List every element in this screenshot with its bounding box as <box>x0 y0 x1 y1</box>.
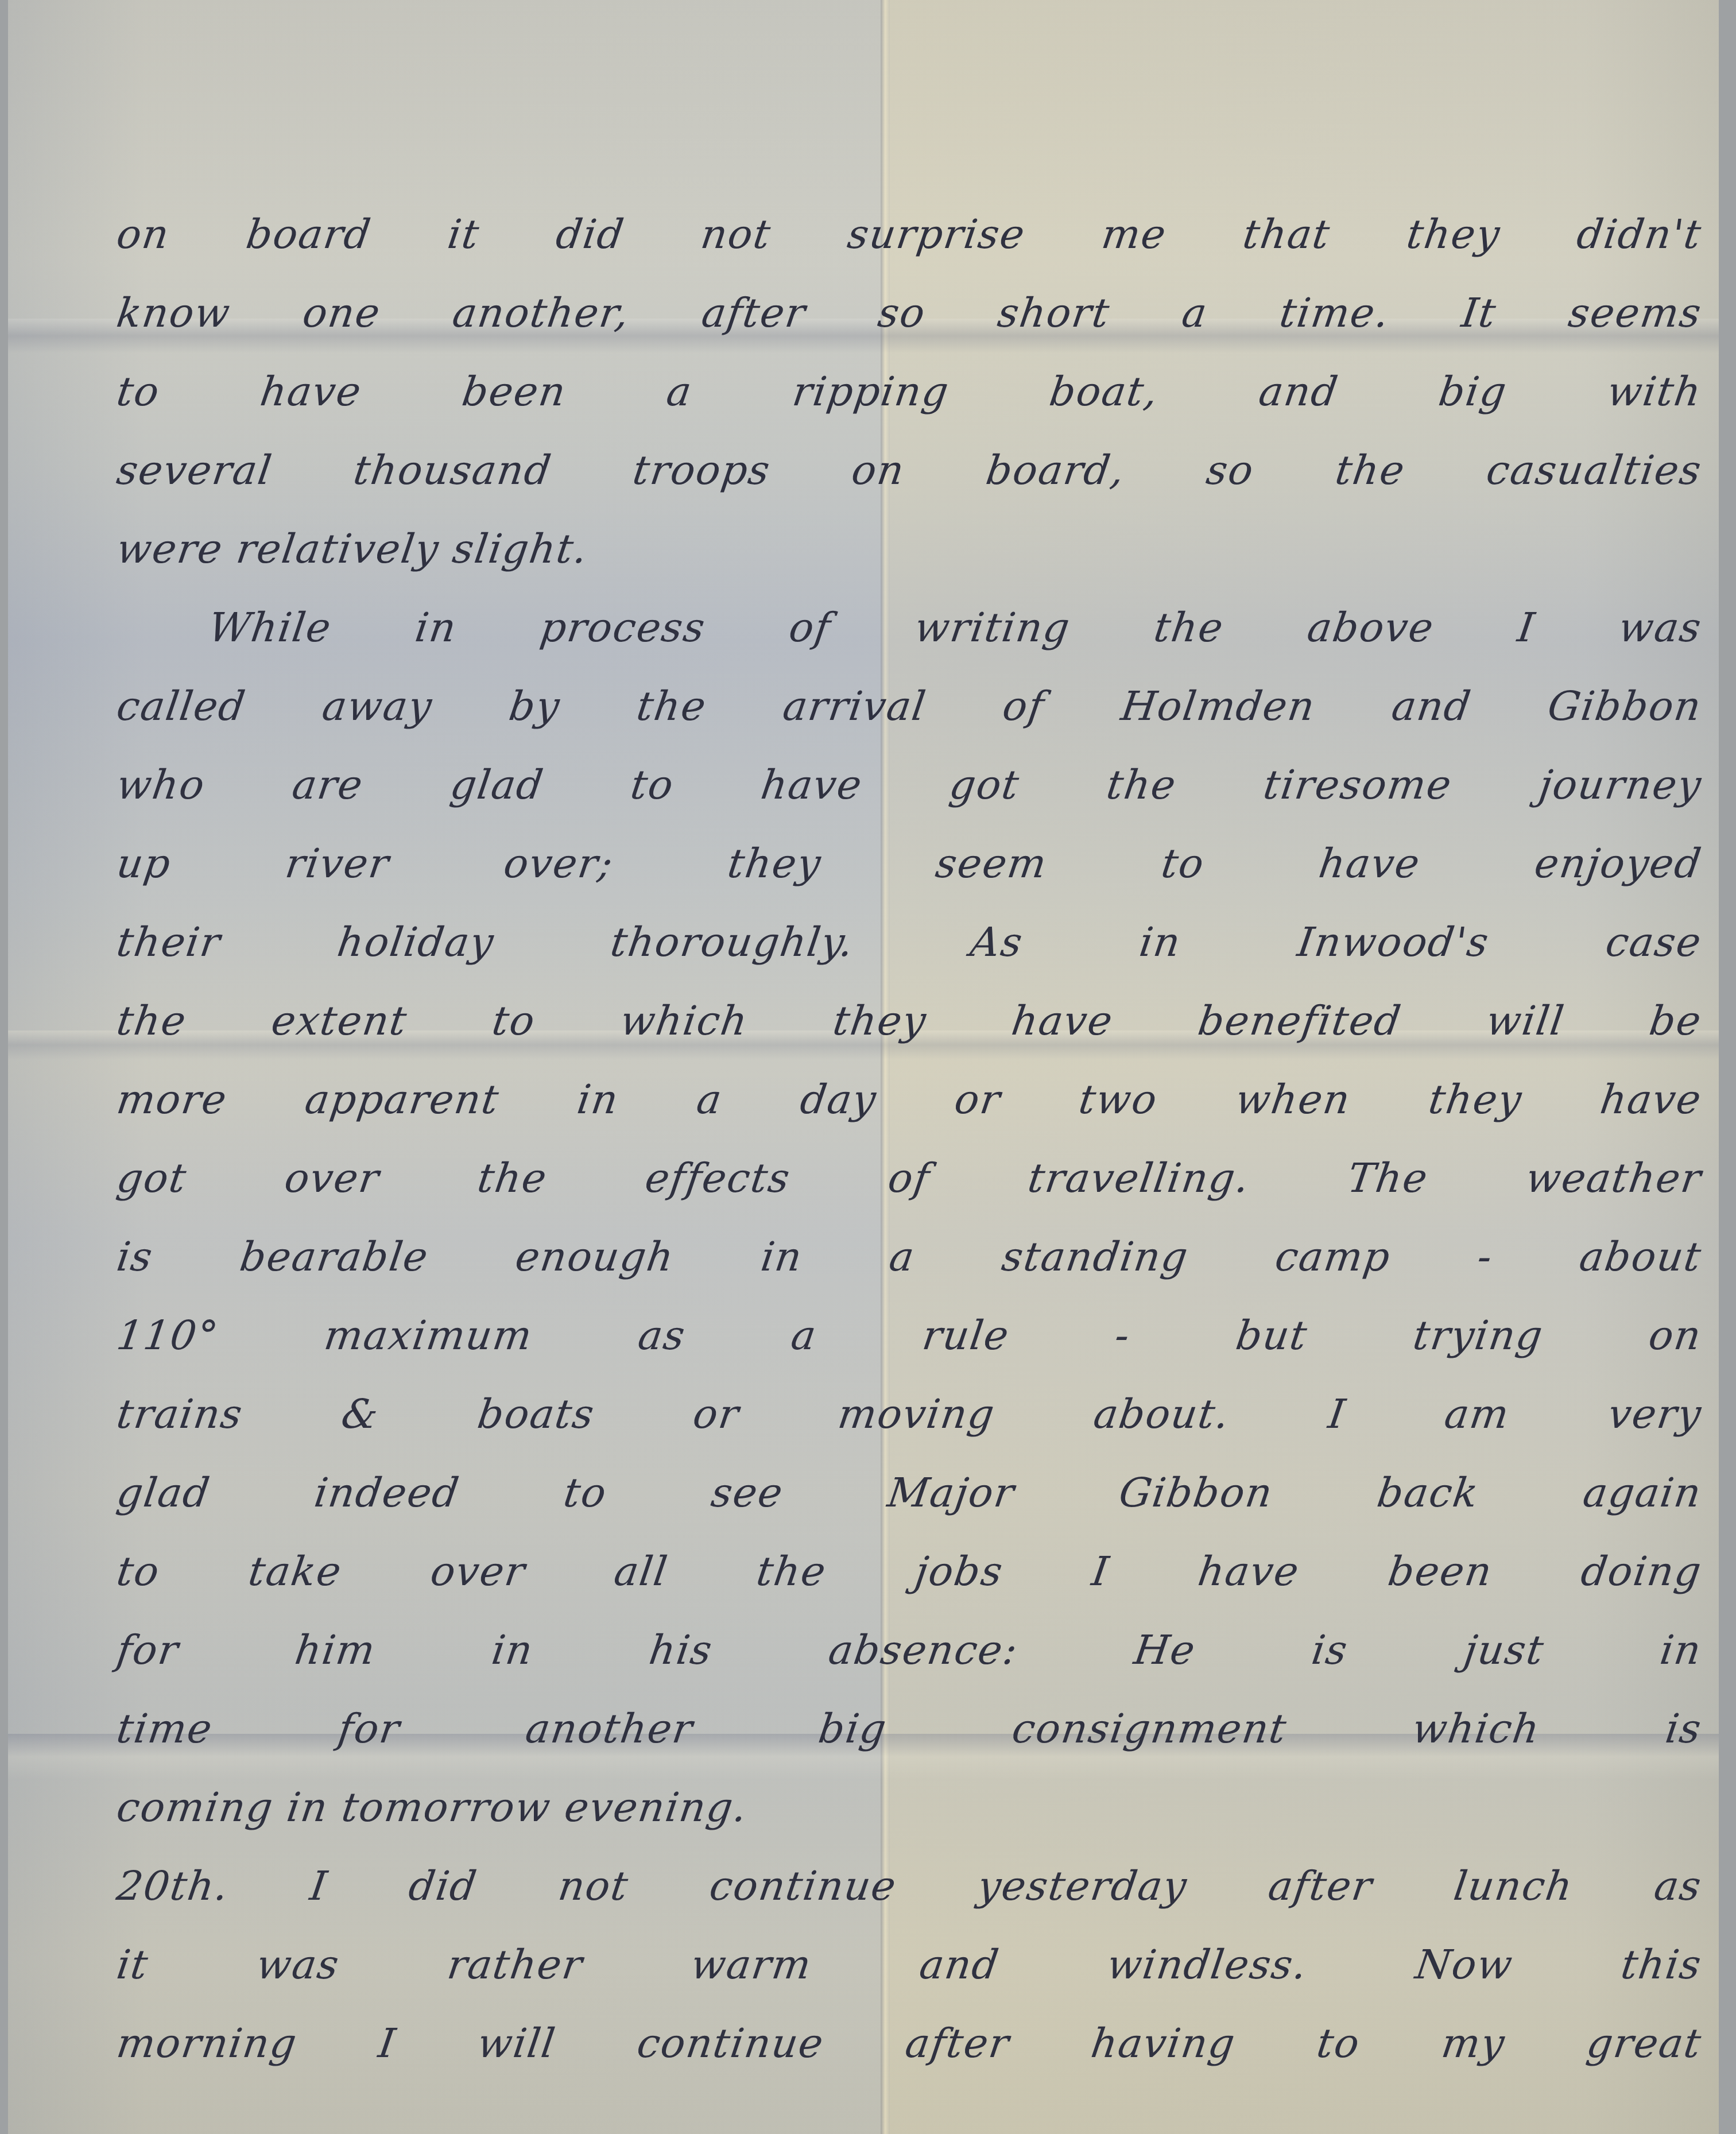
text-line: morning I will continue after having to … <box>111 2004 1707 2083</box>
text-line: is bearable enough in a standing camp - … <box>111 1218 1707 1296</box>
text-line: know one another, after so short a time.… <box>111 274 1707 353</box>
text-line: trains & boats or moving about. I am ver… <box>111 1375 1707 1454</box>
text-line: got over the effects of travelling. The … <box>111 1139 1707 1218</box>
text-line: 110° maximum as a rule - but trying on <box>111 1296 1707 1375</box>
text-line: to have been a ripping boat, and big wit… <box>111 353 1707 431</box>
text-line: several thousand troops on board, so the… <box>111 431 1707 510</box>
paragraph-start-line: While in process of writing the above I … <box>111 588 1707 667</box>
text-line: called away by the arrival of Holmden an… <box>111 667 1707 746</box>
text-line: the extent to which they have benefited … <box>111 982 1707 1060</box>
text-line: were relatively slight. <box>111 510 1707 588</box>
text-line: their holiday thoroughly. As in Inwood's… <box>111 903 1707 982</box>
text-line: glad indeed to see Major Gibbon back aga… <box>111 1454 1707 1532</box>
letter-page: on board it did not surprise me that the… <box>8 0 1719 2134</box>
text-line: for him in his absence: He is just in <box>111 1611 1707 1690</box>
dated-entry-line: 20th. I did not continue yesterday after… <box>111 1847 1707 1926</box>
text-line: who are glad to have got the tiresome jo… <box>111 746 1707 824</box>
text-line: more apparent in a day or two when they … <box>111 1060 1707 1139</box>
text-line: coming in tomorrow evening. <box>111 1768 1707 1847</box>
text-line: to take over all the jobs I have been do… <box>111 1532 1707 1611</box>
handwritten-text: on board it did not surprise me that the… <box>117 195 1702 2083</box>
text-line: it was rather warm and windless. Now thi… <box>111 1926 1707 2004</box>
text-line: time for another big consignment which i… <box>111 1690 1707 1768</box>
text-line: up river over; they seem to have enjoyed <box>111 824 1707 903</box>
text-line: on board it did not surprise me that the… <box>111 195 1707 274</box>
